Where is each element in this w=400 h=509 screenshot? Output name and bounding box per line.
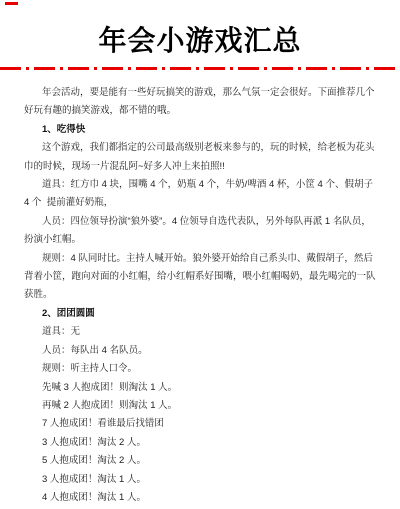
game-2-step: 先喊 3 人抱成团！则淘汰 1 人。 [24, 379, 376, 397]
game-2-step: 3 人抱成团！淘汰 2 人。 [24, 434, 376, 452]
page-title: 年会小游戏汇总 [0, 24, 400, 58]
game-1-rules: 规则：4 队同时比。主持人喊开始。狼外婆开始给自己系头巾、戴假胡子，然后背着小筐… [24, 250, 376, 305]
intro-paragraph: 年会活动，要是能有一些好玩搞笑的游戏，那么气氛一定会很好。下面推荐几个好玩有趣的… [24, 84, 376, 121]
game-2-step: 5 人抱成团！淘汰 2 人。 [24, 452, 376, 470]
game-2-rules: 规则：听主持人口令。 [24, 360, 376, 378]
document-page: 年会小游戏汇总 年会活动，要是能有一些好玩搞笑的游戏，那么气氛一定会很好。下面推… [0, 24, 400, 507]
game-2-step: 7 人抱成团！看谁最后找错团 [24, 415, 376, 433]
game-1-heading: 1、吃得快 [24, 121, 376, 139]
red-corner-dash [5, 2, 18, 5]
game-2-heading: 2、团团圆圆 [24, 305, 376, 323]
game-1-description: 这个游戏，我们都指定的公司最高级别老板来参与的，玩的时候，给老板为花头巾的时候，… [24, 139, 376, 176]
game-2-players: 人员：每队出 4 名队员。 [24, 342, 376, 360]
document-body: 年会活动，要是能有一些好玩搞笑的游戏，那么气氛一定会很好。下面推荐几个好玩有趣的… [0, 70, 400, 507]
game-2-step: 再喊 2 人抱成团！则淘汰 1 人。 [24, 397, 376, 415]
game-2-step: 3 人抱成团！淘汰 1 人。 [24, 471, 376, 489]
game-2-step: 4 人抱成团！淘汰 1 人。 [24, 489, 376, 507]
game-2-props: 道具：无 [24, 323, 376, 341]
game-1-players: 人员：四位领导扮演“狼外婆”。4 位领导自选代表队，另外每队再派 1 名队员，扮… [24, 213, 376, 250]
game-1-props: 道具：红方巾 4 块，围嘴 4 个，奶瓶 4 个，牛奶/啤酒 4 杯，小筐 4 … [24, 176, 376, 213]
